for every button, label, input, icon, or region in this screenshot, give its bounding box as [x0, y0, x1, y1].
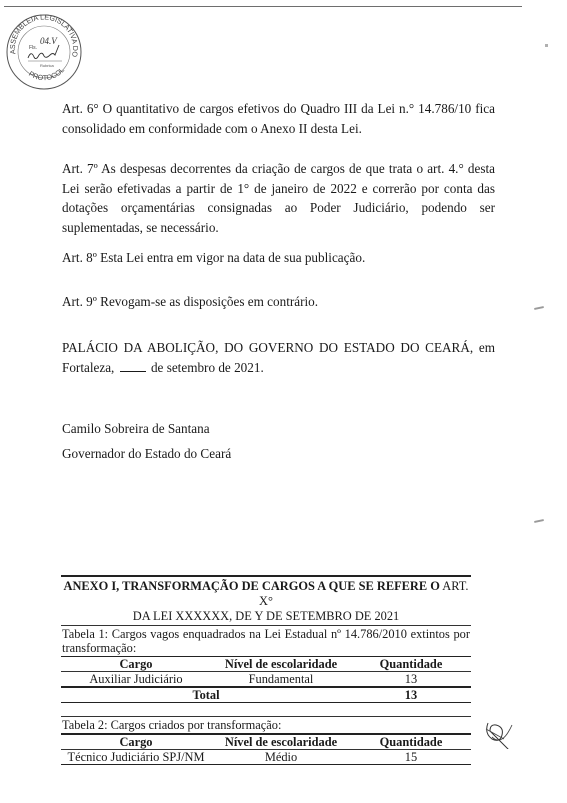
cell-quantidade: 15 [351, 750, 471, 764]
cell-nivel: Fundamental [211, 672, 351, 686]
table2-header-cargo: Cargo [61, 735, 211, 749]
cell-nivel: Médio [211, 750, 351, 764]
total-value: 13 [351, 688, 471, 702]
rule [61, 764, 471, 766]
signatory-title: Governador do Estado do Ceará [62, 444, 495, 464]
annex-title-line2: DA LEI XXXXXX, DE Y DE SETEMBRO DE 2021 [133, 609, 400, 623]
article-8: Art. 8º Esta Lei entra em vigor na data … [62, 248, 495, 268]
page-top-rule [4, 6, 522, 7]
margin-mark [534, 306, 544, 310]
annex-title-bold: ANEXO I, TRANSFORMAÇÃO DE CARGOS A QUE S… [64, 579, 440, 593]
scan-speck [545, 44, 548, 47]
date-rest: de setembro de 2021. [151, 360, 264, 375]
annex-title: ANEXO I, TRANSFORMAÇÃO DE CARGOS A QUE S… [61, 577, 471, 625]
table-row: Auxiliar Judiciário Fundamental 13 [61, 672, 471, 686]
annex-i: ANEXO I, TRANSFORMAÇÃO DE CARGOS A QUE S… [61, 575, 471, 765]
day-blank-field [120, 359, 146, 372]
signatory-name: Camilo Sobreira de Santana [62, 419, 495, 439]
table1-total-row: Total 13 [61, 688, 471, 702]
table2-header-nivel: Nível de escolaridade [211, 735, 351, 749]
handwritten-initials-icon [482, 717, 522, 749]
city: Fortaleza, [62, 360, 114, 375]
cell-quantidade: 13 [351, 672, 471, 686]
table2-header-quantidade: Quantidade [351, 735, 471, 749]
protocol-stamp-icon: ASSEMBLEIA LEGISLATIVA DO CEARÁ PROTOCOL… [4, 12, 84, 92]
date-line: Fortaleza, de setembro de 2021. [62, 358, 495, 378]
stamp-handwritten-number: 04.V [40, 36, 58, 46]
table1-header-cargo: Cargo [61, 657, 211, 671]
stamp-fls-label: Fls. [29, 45, 37, 51]
table2-caption: Tabela 2: Cargos criados por transformaç… [61, 717, 471, 733]
cell-cargo: Auxiliar Judiciário [61, 672, 211, 686]
total-label: Total [61, 688, 351, 702]
article-6: Art. 6° O quantitativo de cargos efetivo… [62, 99, 495, 138]
table1-caption: Tabela 1: Cargos vagos enquadrados na Le… [61, 626, 471, 656]
table1-header-quantidade: Quantidade [351, 657, 471, 671]
stamp-rubrica-label: Rubrica [40, 63, 55, 68]
table1-header-row: Cargo Nível de escolaridade Quantidade [61, 657, 471, 671]
cell-cargo: Técnico Judiciário SPJ/NM [61, 750, 211, 764]
margin-mark [534, 519, 544, 523]
table1-header-nivel: Nível de escolaridade [211, 657, 351, 671]
table-row: Técnico Judiciário SPJ/NM Médio 15 [61, 750, 471, 764]
closing-block: PALÁCIO DA ABOLIÇÃO, DO GOVERNO DO ESTAD… [62, 338, 495, 377]
table2-header-row: Cargo Nível de escolaridade Quantidade [61, 735, 471, 749]
palace-line: PALÁCIO DA ABOLIÇÃO, DO GOVERNO DO ESTAD… [62, 338, 495, 358]
article-7: Art. 7º As despesas decorrentes da criaç… [62, 159, 495, 237]
article-9: Art. 9º Revogam-se as disposições em con… [62, 292, 495, 312]
